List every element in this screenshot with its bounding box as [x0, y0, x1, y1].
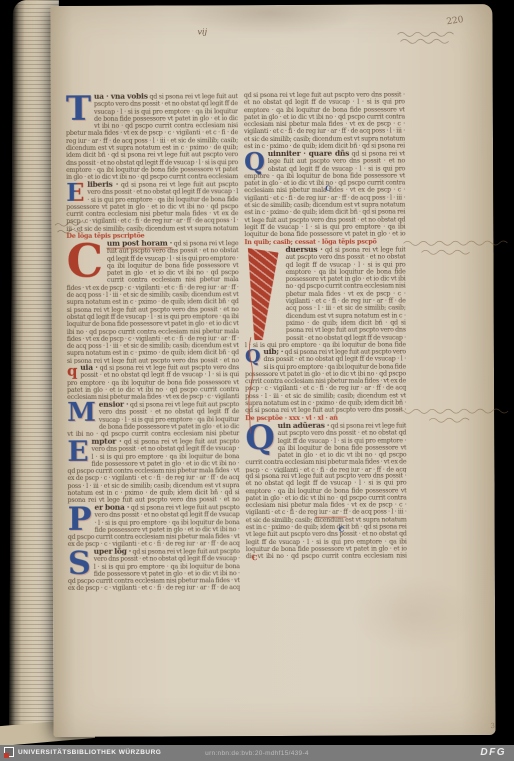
text-block: M ensior · qd si psona rei vt lege fuit … — [67, 400, 239, 438]
incipit-words: duersus · — [285, 245, 322, 254]
folio-number: 220 — [446, 15, 464, 27]
dfg-logo: DFG — [480, 747, 506, 758]
text-column-left: T ua · vna vobis qd si psona rei vt lege… — [66, 92, 240, 592]
incipit-words: uin adũeras · — [278, 421, 330, 430]
text-column-right: qd si psona rei vt lege fuit aut pscpto … — [244, 91, 407, 561]
script-text: qd si psona rei vt lege fuit aut pscpto … — [66, 93, 238, 181]
script-text: qd si psona rei vt lege fuit aut pscpto … — [66, 181, 238, 232]
incipit-words: er bona · — [94, 503, 129, 512]
illuminated-initial-T: T — [66, 94, 91, 125]
screenshot-stage: vij 220 T ua · vna vobis — [0, 0, 514, 761]
incipit-words: liberis · — [87, 180, 118, 189]
text-block: S uper lõg · qd si psona rei vt lege fui… — [68, 547, 240, 592]
decorated-initial-A: A — [244, 248, 278, 340]
book-photo: vij 220 T ua · vna vobis — [0, 0, 514, 745]
incipit-words: uper lõg · — [94, 547, 131, 556]
text-block: E mptor · qd si psona rei vt lege fuit a… — [67, 437, 239, 504]
red-underline — [315, 517, 347, 518]
illuminated-initial-E: E — [67, 439, 88, 464]
script-text: qd si psona rei vt lege fuit aut pscpto … — [245, 348, 406, 414]
incipit-words: uia · — [80, 363, 97, 372]
blue-paraph-mark: C — [325, 185, 331, 192]
penwork-flourish — [246, 337, 256, 439]
text-block: T ua · vna vobis qd si psona rei vt lege… — [66, 92, 238, 181]
text-block: Q uin adũeras · qd si psona rei vt lege … — [245, 421, 406, 473]
text-block: E liberis · qd si psona rei vt lege fuit… — [66, 180, 238, 232]
script-text: qd si psona rei vt lege fuit aut pscpto … — [244, 150, 405, 238]
text-block: qd si psona rei vt lege fuit aut pscpto … — [244, 91, 405, 150]
incipit-words: mptor · — [91, 437, 121, 446]
incipit-words: uinniter · quare dñs — [268, 149, 349, 158]
script-text: qd si psona rei vt lege fuit aut pscpto … — [244, 91, 405, 150]
text-block: C um post horam · qd si psona rei vt leg… — [66, 239, 239, 364]
corner-mark: 3 — [491, 722, 496, 730]
incipit-words: ensior · — [99, 400, 129, 409]
illuminated-initial-E: E — [66, 182, 84, 204]
rubricated-initial-q: q — [67, 365, 77, 379]
digitization-footer-bar: UNIVERSITÄTSBIBLIOTHEK WÜRZBURG urn:nbn:… — [0, 745, 514, 761]
urn-identifier: urn:nbn:de:bvb:20-mdhf15/439-4 — [0, 750, 514, 757]
text-block: Q uib; · qd si psona rei vt lege fuit au… — [245, 347, 406, 414]
incipit-words: uib; · — [263, 347, 283, 356]
text-block: Q uinniter · quare dñs qd si psona rei v… — [244, 149, 405, 238]
illuminated-initial-P: P — [68, 505, 92, 534]
margin-note — [394, 405, 509, 436]
margin-note — [401, 237, 511, 265]
illuminated-initial-S: S — [68, 549, 91, 578]
quire-mark: vij — [198, 27, 208, 36]
illuminated-initial-Q: Q — [244, 151, 265, 173]
text-block: P er bona · qd si psona rei vt lege fuit… — [68, 503, 240, 548]
manuscript-page: vij 220 T ua · vna vobis — [50, 4, 495, 737]
illuminated-initial-C: C — [66, 241, 103, 283]
pencil-annotation — [396, 28, 468, 52]
script-text: qd si psona rei vt lege fuit aut pscpto … — [67, 438, 239, 504]
blue-paraph-mark: C — [339, 526, 345, 533]
illuminated-initial-M: M — [67, 402, 96, 426]
text-block: q uia · qd si psona rei vt lege fuit aut… — [67, 363, 239, 401]
red-paraph-mark: C — [252, 554, 258, 561]
incipit-words: ua · vna vobis — [94, 92, 148, 101]
text-block: A duersus · qd si psona rei vt lege fuit… — [244, 245, 405, 348]
